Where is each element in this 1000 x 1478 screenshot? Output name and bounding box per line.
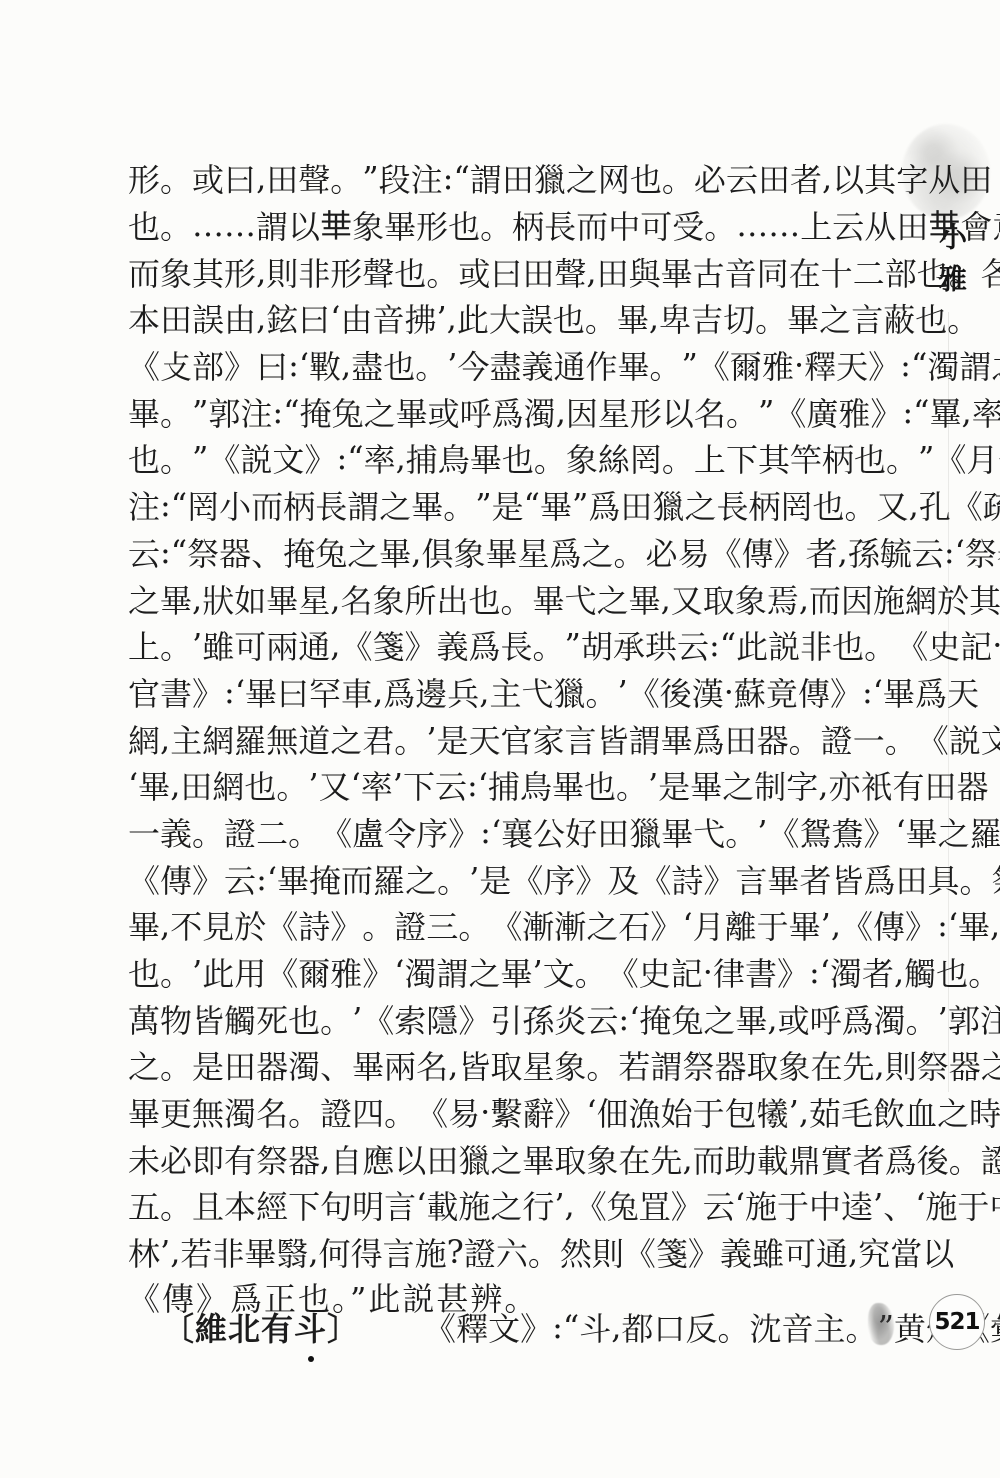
glyph: 》 bbox=[863, 809, 895, 855]
glyph: 柄 bbox=[822, 435, 854, 481]
glyph: 掩 bbox=[639, 996, 671, 1042]
glyph: 有 bbox=[892, 762, 924, 808]
glyph: “ bbox=[913, 393, 929, 431]
glyph: 皆 bbox=[458, 1042, 490, 1088]
glyph: 部 bbox=[885, 249, 917, 295]
glyph: 俱 bbox=[421, 529, 453, 575]
glyph: 。 bbox=[276, 762, 308, 808]
glyph: 》 bbox=[777, 949, 809, 995]
text-line: 云:“祭器、掩兔之畢,俱象畢星爲之。必易《傳》者,孫毓云:‘祭器 bbox=[128, 529, 894, 576]
glyph: 。 bbox=[662, 155, 694, 201]
glyph: 之 bbox=[684, 482, 716, 528]
glyph: 記 bbox=[671, 949, 703, 995]
glyph: 畢 bbox=[244, 1229, 276, 1275]
glyph: : bbox=[336, 439, 347, 477]
glyph: 兔 bbox=[315, 529, 347, 575]
glyph: 羅 bbox=[970, 809, 1000, 855]
glyph: 畢 bbox=[352, 1042, 384, 1088]
glyph: 必 bbox=[646, 529, 678, 575]
glyph: 。 bbox=[437, 856, 469, 902]
glyph: : bbox=[160, 533, 171, 571]
glyph: 胡 bbox=[581, 622, 613, 668]
glyph: 曰 bbox=[277, 669, 309, 715]
glyph: 説 bbox=[240, 435, 272, 481]
glyph: , bbox=[799, 580, 809, 618]
glyph: 田 bbox=[160, 295, 192, 341]
glyph: 畢 bbox=[379, 529, 411, 575]
glyph: ’ bbox=[426, 720, 436, 758]
glyph: 爲 bbox=[469, 622, 501, 668]
glyph: 》 bbox=[520, 1304, 552, 1350]
glyph: 、 bbox=[883, 1182, 915, 1228]
glyph: 者 bbox=[799, 856, 831, 902]
glyph: 》 bbox=[703, 856, 735, 902]
glyph: ‘ bbox=[267, 860, 277, 898]
glyph: 説 bbox=[949, 716, 981, 762]
glyph: 、 bbox=[251, 529, 283, 575]
glyph: 長 bbox=[544, 202, 576, 248]
glyph: 且 bbox=[192, 1182, 224, 1228]
glyph: 。 bbox=[586, 1042, 618, 1088]
glyph: 如 bbox=[234, 576, 266, 622]
glyph: 隱 bbox=[426, 996, 458, 1042]
glyph: 畢 bbox=[883, 669, 915, 715]
glyph: 段 bbox=[379, 155, 411, 201]
glyph: 之 bbox=[703, 996, 735, 1042]
glyph: ’ bbox=[352, 1000, 362, 1038]
glyph: 網 bbox=[905, 576, 937, 622]
glyph: 在 bbox=[811, 1042, 843, 1088]
glyph: “ bbox=[283, 393, 299, 431]
glyph: 見 bbox=[202, 902, 234, 948]
glyph: 田 bbox=[502, 155, 534, 201]
glyph: 同 bbox=[757, 249, 789, 295]
glyph: 取 bbox=[703, 576, 735, 622]
glyph: 形 bbox=[330, 249, 362, 295]
glyph: 《 bbox=[575, 1182, 607, 1228]
glyph: 主 bbox=[489, 669, 521, 715]
glyph: 。 bbox=[885, 716, 917, 762]
glyph: , bbox=[822, 159, 832, 197]
glyph: 爲 bbox=[693, 716, 725, 762]
glyph: 書 bbox=[160, 669, 192, 715]
glyph: 之 bbox=[128, 576, 160, 622]
glyph: 車 bbox=[341, 669, 373, 715]
glyph: 箋 bbox=[372, 622, 404, 668]
glyph: , bbox=[160, 720, 170, 758]
glyph: 都 bbox=[621, 1304, 653, 1350]
glyph: 畢 bbox=[735, 996, 767, 1042]
glyph: 𠦒 bbox=[320, 206, 352, 245]
glyph: : bbox=[618, 1000, 629, 1038]
glyph: 黄 bbox=[894, 1304, 926, 1350]
glyph: “ bbox=[720, 626, 736, 664]
glyph: 。 bbox=[528, 1229, 560, 1275]
glyph: : bbox=[288, 346, 299, 384]
glyph: ‘ bbox=[128, 766, 138, 804]
glyph: 畢 bbox=[485, 529, 517, 575]
glyph: 。 bbox=[533, 622, 565, 668]
glyph: 》 bbox=[330, 902, 362, 948]
glyph: 文 bbox=[543, 949, 575, 995]
glyph: 《 bbox=[628, 669, 660, 715]
glyph: ’ bbox=[938, 1000, 948, 1038]
glyph: 月 bbox=[693, 902, 725, 948]
glyph: 于 bbox=[957, 1182, 989, 1228]
glyph: 斗 bbox=[579, 1304, 611, 1350]
glyph: 星 bbox=[522, 1042, 554, 1088]
glyph: 受 bbox=[672, 202, 704, 248]
glyph: , bbox=[838, 533, 848, 571]
glyph: 一 bbox=[853, 716, 885, 762]
glyph: , bbox=[831, 906, 841, 944]
glyph: 。 bbox=[575, 949, 607, 995]
glyph: 竿 bbox=[790, 435, 822, 481]
glyph: 云 bbox=[726, 155, 758, 201]
glyph: 象 bbox=[372, 576, 404, 622]
glyph: 也 bbox=[813, 482, 845, 528]
glyph: 。 bbox=[960, 856, 992, 902]
glyph: 所 bbox=[404, 576, 436, 622]
glyph: 疏 bbox=[983, 482, 1000, 528]
glyph: 序 bbox=[416, 809, 448, 855]
glyph: 謂 bbox=[650, 1042, 682, 1088]
glyph: 以 bbox=[922, 1229, 954, 1275]
glyph: 及 bbox=[607, 856, 639, 902]
glyph: 是 bbox=[192, 1042, 224, 1088]
glyph: 之 bbox=[128, 1042, 160, 1088]
glyph: · bbox=[480, 1093, 490, 1131]
glyph: 《 bbox=[340, 622, 372, 668]
glyph: 之 bbox=[469, 949, 501, 995]
glyph: 字 bbox=[786, 762, 818, 808]
glyph: 取 bbox=[746, 1042, 778, 1088]
glyph: ‘ bbox=[895, 813, 905, 851]
glyph: 罔 bbox=[187, 482, 219, 528]
glyph: 《 bbox=[266, 949, 298, 995]
glyph: 口 bbox=[653, 1304, 685, 1350]
glyph: 天 bbox=[947, 669, 979, 715]
glyph: ‘ bbox=[416, 1186, 426, 1224]
glyph: 也 bbox=[448, 202, 480, 248]
glyph: 當 bbox=[890, 1229, 922, 1275]
glyph: 雅 bbox=[330, 949, 362, 995]
glyph: 出 bbox=[436, 576, 468, 622]
glyph: 。 bbox=[330, 155, 362, 201]
glyph: 名 bbox=[694, 389, 726, 435]
glyph: 。 bbox=[480, 202, 512, 248]
text-line: 上。’雖可兩通,《箋》義爲長。”胡承珙云:“此説非也。《史記·天 bbox=[128, 622, 894, 669]
glyph: 》 bbox=[192, 669, 224, 715]
glyph: 之 bbox=[364, 389, 396, 435]
glyph: 時 bbox=[969, 1089, 1000, 1135]
glyph: 祭 bbox=[682, 1042, 714, 1088]
glyph: “ bbox=[347, 439, 363, 477]
glyph: 皆 bbox=[831, 856, 863, 902]
glyph: 漢 bbox=[692, 669, 724, 715]
glyph: 畢 bbox=[411, 482, 443, 528]
glyph: 若 bbox=[180, 1229, 212, 1275]
glyph: 義 bbox=[521, 342, 553, 388]
glyph: 《 bbox=[951, 482, 983, 528]
glyph: 从 bbox=[928, 155, 960, 201]
glyph: 小 bbox=[219, 482, 251, 528]
glyph: 率 bbox=[364, 435, 396, 481]
glyph: 。 bbox=[650, 342, 682, 388]
glyph: 畢 bbox=[787, 295, 819, 341]
glyph: 以 bbox=[662, 389, 694, 435]
glyph: 》 bbox=[868, 342, 900, 388]
glyph: ’ bbox=[648, 766, 658, 804]
text-line: 而象其形,則非形聲也。或曰田聲,田與畢古音同在十二部也。各 bbox=[128, 248, 894, 295]
glyph: 象 bbox=[453, 529, 485, 575]
glyph: 先 bbox=[650, 1136, 682, 1182]
glyph: 鳥 bbox=[520, 762, 552, 808]
glyph: , bbox=[256, 253, 266, 291]
glyph: 中 bbox=[608, 202, 640, 248]
glyph: 因 bbox=[566, 389, 598, 435]
glyph: 二 bbox=[853, 249, 885, 295]
glyph: 其 bbox=[864, 155, 896, 201]
glyph: 《 bbox=[841, 902, 873, 948]
glyph: 詩 bbox=[671, 856, 703, 902]
glyph: 今 bbox=[457, 342, 489, 388]
glyph: 逵 bbox=[841, 1182, 873, 1228]
glyph: 四 bbox=[352, 1089, 384, 1135]
glyph: 竟 bbox=[766, 669, 798, 715]
glyph: 也 bbox=[128, 435, 160, 481]
glyph: 林 bbox=[128, 1229, 160, 1275]
glyph: ‘ bbox=[394, 953, 404, 991]
glyph: 何 bbox=[319, 1229, 351, 1275]
glyph: 器 bbox=[757, 716, 789, 762]
glyph: 之 bbox=[586, 902, 618, 948]
glyph: 非 bbox=[298, 249, 330, 295]
glyph: 獵 bbox=[652, 482, 684, 528]
glyph: , bbox=[661, 580, 671, 618]
glyph: 也 bbox=[936, 949, 968, 995]
glyph: 卑 bbox=[659, 295, 691, 341]
glyph: 部 bbox=[192, 342, 224, 388]
glyph: 其 bbox=[969, 576, 1000, 622]
glyph: 掩 bbox=[309, 856, 341, 902]
glyph: 。 bbox=[415, 342, 447, 388]
glyph: 鉉 bbox=[266, 295, 298, 341]
glyph: 聲 bbox=[362, 249, 394, 295]
text-line: 之畢,狀如畢星,名象所出也。畢弋之畢,又取象焉,而因施網於其 bbox=[128, 575, 894, 622]
glyph: , bbox=[565, 1186, 575, 1224]
glyph: 。 bbox=[726, 389, 758, 435]
glyph: 呼 bbox=[460, 389, 492, 435]
glyph: , bbox=[192, 580, 202, 618]
glyph: 序 bbox=[543, 856, 575, 902]
glyph: 罝 bbox=[639, 1182, 671, 1228]
glyph: , bbox=[848, 1233, 858, 1271]
glyph: 捕 bbox=[488, 762, 520, 808]
glyph: 取 bbox=[490, 1042, 522, 1088]
glyph: ’ bbox=[393, 766, 403, 804]
glyph: , bbox=[875, 1046, 885, 1084]
glyph: 曰 bbox=[224, 155, 256, 201]
glyph: 。 bbox=[160, 949, 192, 995]
glyph: 云 bbox=[586, 996, 618, 1042]
glyph: 漸 bbox=[554, 902, 586, 948]
glyph: 罕 bbox=[309, 669, 341, 715]
glyph: 《 bbox=[424, 1304, 456, 1350]
glyph: 記 bbox=[960, 622, 992, 668]
glyph: 畢 bbox=[906, 809, 938, 855]
glyph: 雅 bbox=[838, 389, 870, 435]
glyph: 》 bbox=[404, 622, 436, 668]
glyph: 也 bbox=[244, 762, 276, 808]
glyph: 下 bbox=[288, 1182, 320, 1228]
glyph: 毛 bbox=[841, 1089, 873, 1135]
glyph: 郭 bbox=[948, 996, 980, 1042]
glyph: 注 bbox=[411, 155, 443, 201]
glyph: 言 bbox=[383, 1229, 415, 1275]
glyph: , bbox=[256, 159, 266, 197]
glyph: 。 bbox=[755, 295, 787, 341]
glyph: 田 bbox=[597, 249, 629, 295]
glyph: 鴦 bbox=[831, 809, 863, 855]
glyph: 《 bbox=[128, 342, 160, 388]
glyph: 可 bbox=[784, 1229, 816, 1275]
book-page: 小雅 形。或曰,田聲。”段注:“謂田獵之网也。必云田者,以其字从田也。……謂以𠦒… bbox=[0, 0, 1000, 1478]
glyph: 而 bbox=[251, 482, 283, 528]
glyph: 索 bbox=[394, 996, 426, 1042]
glyph: 兩 bbox=[384, 1042, 416, 1088]
glyph: : bbox=[272, 393, 283, 431]
glyph: 畢 bbox=[396, 389, 428, 435]
glyph: 家 bbox=[533, 716, 565, 762]
glyph: 畢 bbox=[384, 202, 416, 248]
glyph: 。 bbox=[384, 1089, 416, 1135]
glyph: 。 bbox=[725, 809, 757, 855]
glyph: 中 bbox=[989, 1182, 1000, 1228]
glyph: 觸 bbox=[224, 996, 256, 1042]
text-line: 五。且本經下句明言‘載施之行’,《兔罝》云‘施于中逵’、‘施于中 bbox=[128, 1182, 894, 1229]
glyph: 音 bbox=[782, 1304, 814, 1350]
glyph: ” bbox=[362, 159, 378, 197]
glyph: 得 bbox=[351, 1229, 383, 1275]
glyph: 从 bbox=[864, 202, 896, 248]
glyph: 或 bbox=[428, 389, 460, 435]
glyph: 必 bbox=[694, 155, 726, 201]
glyph: 畢 bbox=[533, 576, 565, 622]
glyph: 畢 bbox=[128, 389, 160, 435]
glyph: 之 bbox=[347, 529, 379, 575]
glyph: 則 bbox=[885, 1042, 917, 1088]
glyph: 則 bbox=[266, 249, 298, 295]
glyph: 於 bbox=[937, 576, 969, 622]
glyph: , bbox=[373, 673, 383, 711]
glyph: 其 bbox=[758, 435, 790, 481]
glyph: ” bbox=[565, 626, 581, 664]
glyph: 音 bbox=[725, 249, 757, 295]
glyph: 或 bbox=[778, 996, 810, 1042]
glyph: 犧 bbox=[757, 1089, 789, 1135]
glyph: 之 bbox=[938, 809, 970, 855]
glyph: 實 bbox=[821, 1136, 853, 1182]
glyph: 證 bbox=[394, 902, 426, 948]
glyph: 傳 bbox=[798, 669, 830, 715]
glyph: 兩 bbox=[266, 622, 298, 668]
glyph: 傳 bbox=[873, 902, 905, 948]
glyph: ’ bbox=[618, 673, 628, 711]
glyph: 本 bbox=[224, 1182, 256, 1228]
glyph: 言 bbox=[565, 716, 597, 762]
glyph: 田 bbox=[895, 856, 927, 902]
glyph: 爲 bbox=[588, 482, 620, 528]
glyph: 《 bbox=[416, 1089, 448, 1135]
glyph: 形 bbox=[630, 389, 662, 435]
glyph: 狀 bbox=[202, 576, 234, 622]
glyph: 祭 bbox=[187, 529, 219, 575]
glyph: 《 bbox=[917, 716, 949, 762]
glyph: 古 bbox=[693, 249, 725, 295]
glyph: 釋 bbox=[804, 342, 836, 388]
glyph: : bbox=[443, 159, 454, 197]
glyph: , bbox=[447, 299, 457, 337]
glyph: 之 bbox=[722, 762, 754, 808]
glyph: 律 bbox=[713, 949, 745, 995]
glyph: 可 bbox=[640, 202, 672, 248]
glyph: 載 bbox=[757, 1136, 789, 1182]
glyph: , bbox=[682, 1140, 692, 1178]
glyph: 主 bbox=[814, 1304, 846, 1350]
glyph: 翳 bbox=[276, 1229, 308, 1275]
body-text: 形。或曰,田聲。”段注:“謂田獵之网也。必云田者,以其字从田也。……謂以𠦒象畢形… bbox=[128, 155, 894, 1322]
glyph: ” bbox=[192, 393, 208, 431]
glyph: 由 bbox=[224, 295, 256, 341]
glyph: 器 bbox=[957, 762, 989, 808]
glyph: 象 bbox=[735, 576, 767, 622]
glyph: 主 bbox=[170, 716, 202, 762]
glyph: 沈 bbox=[750, 1304, 782, 1350]
glyph: 而 bbox=[693, 1136, 725, 1182]
glyph: 也 bbox=[915, 295, 947, 341]
glyph: 畢 bbox=[128, 1089, 160, 1135]
glyph: 網 bbox=[212, 762, 244, 808]
glyph: ’ bbox=[533, 953, 543, 991]
text-line: 網,主網羅無道之君。’是天官家言皆謂畢爲田器。證一。《説文》: bbox=[128, 715, 894, 762]
glyph: 爲 bbox=[863, 856, 895, 902]
glyph: 之 bbox=[490, 1182, 522, 1228]
glyph: 盧 bbox=[352, 809, 384, 855]
glyph: 》 bbox=[650, 902, 682, 948]
glyph: 柄 bbox=[283, 482, 315, 528]
glyph: 又 bbox=[671, 576, 703, 622]
glyph: 茹 bbox=[809, 1089, 841, 1135]
glyph: 掩 bbox=[283, 529, 315, 575]
glyph: 各 bbox=[981, 249, 1000, 295]
glyph: 畢 bbox=[690, 762, 722, 808]
glyph: 用 bbox=[234, 949, 266, 995]
glyph: 祭 bbox=[256, 1136, 288, 1182]
glyph: 飲 bbox=[873, 1089, 905, 1135]
glyph: 獵 bbox=[629, 809, 661, 855]
glyph: 漸 bbox=[522, 902, 554, 948]
glyph: 通 bbox=[816, 1229, 848, 1275]
glyph: 《 bbox=[128, 856, 160, 902]
glyph: 《 bbox=[208, 435, 240, 481]
glyph: 》 bbox=[688, 1229, 720, 1275]
glyph: 濁 bbox=[524, 389, 556, 435]
glyph: 誤 bbox=[521, 295, 553, 341]
glyph: 雅 bbox=[762, 342, 794, 388]
glyph: 之 bbox=[490, 1136, 522, 1182]
glyph: : bbox=[900, 346, 911, 384]
